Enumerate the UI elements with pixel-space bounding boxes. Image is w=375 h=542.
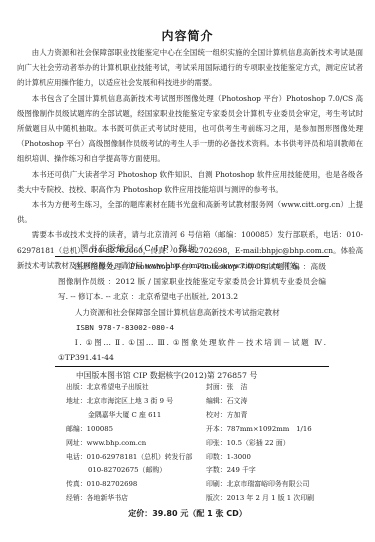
colophon-format: 开本：787mm×1092mm 1/16 [206,423,312,437]
intro-paragraph-3: 本书还可供广大读者学习 Photoshop 软件知识、自测 Photoshop … [17,167,363,197]
colophon-website: 网址：www.bhp.com.cn [66,437,206,451]
colophon-word-count: 字数：249 千字 [206,464,256,478]
cip-body: 图形图像处理（Photoshop 平台）Photoshop 7.0/CS 试题汇… [58,259,326,365]
intro-section: 由人力资源和社会保障部职业技能鉴定中心在全国统一组织实施的全国计算机信息高新技术… [17,45,363,273]
colophon-editor: 编辑：石文涛 [206,395,247,409]
colophon-address-2: 金隅嘉华大厦 C 座 611 [66,409,228,423]
cip-isbn: ISBN 978-7-83002-080-4 [58,320,326,335]
colophon-address: 地址：北京市海淀区上地 3 街 9 号 [66,395,206,409]
cip-bottom-rule [55,366,329,367]
colophon-distributor: 经销：各地新华书店 [66,492,206,506]
colophon-printer: 印刷：北京市瑞富峪印务有限公司 [206,478,309,492]
colophon-proofreader: 校对：方加青 [206,409,247,423]
page-title: 内容简介 [0,27,375,44]
colophon-cover: 封面：张 洁 [206,381,247,395]
colophon-phone-2: 010-82702675（邮购） [66,464,228,478]
price-label: 定价：39.80 元（配 1 张 CD） [0,508,375,519]
colophon-phone: 电话：010-62978181（总机）转发行部 [66,451,206,465]
colophon-postcode: 邮编：100085 [66,423,206,437]
colophon-sheets: 印张：10.5（彩插 22 面） [206,437,290,451]
colophon: 出版：北京希望电子出版社封面：张 洁 地址：北京市海淀区上地 3 街 9 号编辑… [66,381,346,506]
colophon-print-run: 印数：1-3000 [206,451,251,465]
intro-paragraph-2: 本书包含了全国计算机信息高新技术考试图形图像处理（Photoshop 平台）Ph… [17,91,363,167]
cip-record: 图形图像处理（Photoshop 平台）Photoshop 7.0/CS 试题汇… [58,259,326,305]
cip-block: 图书在版编目（C I P）数据 图形图像处理（Photoshop 平台）Phot… [58,241,326,383]
cip-heading: 图书在版编目（C I P）数据 [58,241,326,255]
cip-series: 人力资源和社会保障部全国计算机信息高新技术考试指定教材 [58,305,326,320]
colophon-fax: 传真：010-82702698 [66,478,206,492]
colophon-publisher: 出版：北京希望电子出版社 [66,381,206,395]
intro-paragraph-4: 本书为方便考生练习，全部的题库素材在随书光盘和高新考试教材服务网（www.cit… [17,197,363,227]
cip-top-rule [55,256,329,257]
colophon-edition: 版次：2013 年 2 月 1 版 1 次印刷 [206,492,314,506]
cip-classification: Ⅰ. ①图… Ⅱ. ①国… Ⅲ. ①图象处理软件－技术培训－试题 Ⅳ. ①TP3… [58,335,326,365]
intro-paragraph-1: 由人力资源和社会保障部职业技能鉴定中心在全国统一组织实施的全国计算机信息高新技术… [17,45,363,91]
